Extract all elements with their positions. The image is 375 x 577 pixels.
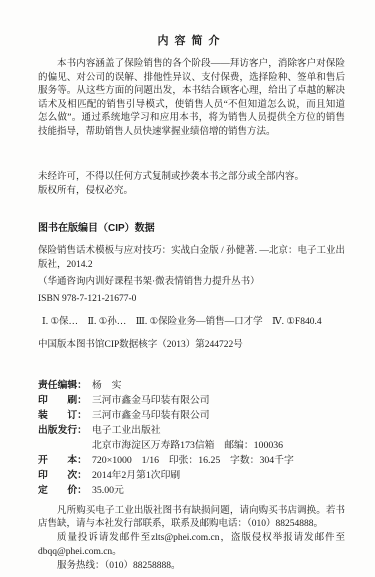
- hotline-note: 服务热线：（010）88258888。: [38, 560, 345, 574]
- pub-row-value: 电子工业出版社: [92, 425, 161, 436]
- pub-row-binder: 装 订：三河市鑫金马印装有限公司: [38, 408, 345, 423]
- pub-row-impression: 印 次：2014年2月第1次印刷: [38, 468, 345, 483]
- pub-row-value: 35.00元: [92, 485, 124, 496]
- copyright-line-2: 版权所有，侵权必究。: [38, 184, 345, 198]
- pub-row-label: 印 刷：: [38, 393, 92, 408]
- pub-row-value: 720×1000 1/16 印张：16.25 字数：304千字: [92, 455, 294, 466]
- exchange-note: 凡所购买电子工业出版社图书有缺损问题，请向购买书店调换。若书店售缺，请与本社发行…: [38, 505, 345, 533]
- cip-isbn: ISBN 978-7-121-21677-0: [38, 293, 345, 307]
- pub-row-label: 出版发行：: [38, 423, 92, 438]
- cip-entry: 保险销售话术模板与应对技巧：实战白金版 / 孙健著. —北京：电子工业出版社，2…: [38, 244, 345, 272]
- pub-row-editor: 责任编辑：杨 实: [38, 378, 345, 393]
- pub-row-price: 定 价：35.00元: [38, 483, 345, 498]
- pub-row-label: 装 订：: [38, 408, 92, 423]
- cip-heading: 图书在版编目（CIP）数据: [38, 219, 345, 234]
- copyright-line-1: 未经许可，不得以任何方式复制或抄袭本书之部分或全部内容。: [38, 170, 345, 184]
- pub-row-publisher: 出版发行：电子工业出版社: [38, 423, 345, 438]
- pub-row-label: 定 价：: [38, 483, 92, 498]
- publication-info: 责任编辑：杨 实 印 刷：三河市鑫金马印装有限公司 装 订：三河市鑫金马印装有限…: [38, 378, 345, 498]
- pub-row-printer: 印 刷：三河市鑫金马印装有限公司: [38, 393, 345, 408]
- pub-row-value: 三河市鑫金马印装有限公司: [92, 395, 210, 406]
- pub-row-address: 北京市海淀区万寿路173信箱 邮编：100036: [38, 438, 345, 453]
- copyright-notice: 未经许可，不得以任何方式复制或抄袭本书之部分或全部内容。 版权所有，侵权必究。: [38, 170, 345, 198]
- pub-row-value: 2014年2月第1次印刷: [92, 470, 180, 481]
- pub-row-label: 印 次：: [38, 468, 92, 483]
- service-notes: 凡所购买电子工业出版社图书有缺损问题，请向购买书店调换。若书店售缺，请与本社发行…: [38, 505, 345, 574]
- cip-series: （华通咨询内训好课程书架·微表情销售力提升丛书）: [38, 276, 345, 290]
- pub-row-format: 开 本：720×1000 1/16 印张：16.25 字数：304千字: [38, 453, 345, 468]
- pub-row-label: 开 本：: [38, 453, 92, 468]
- pub-row-value: 杨 实: [92, 380, 121, 391]
- cip-classification: Ⅰ. ①保… Ⅱ. ①孙… Ⅲ. ①保险业务—销售—口才学 Ⅳ. ①F840.4: [38, 316, 345, 330]
- intro-title: 内容简介: [38, 32, 345, 48]
- book-colophon-page: 内容简介 本书内容涵盖了保险销售的各个阶段——拜访客户，消除客户对保险的偏见、对…: [0, 0, 375, 577]
- cip-registry: 中国版本图书馆CIP数据核字（2013）第244722号: [38, 339, 345, 353]
- pub-row-value: 三河市鑫金马印装有限公司: [92, 410, 210, 421]
- pub-row-label: 责任编辑：: [38, 378, 92, 393]
- quality-note: 质量投诉请发邮件至zlts@phei.com.cn，盗版侵权举报请发邮件至dbq…: [38, 532, 345, 560]
- pub-row-value: 北京市海淀区万寿路173信箱 邮编：100036: [92, 440, 283, 451]
- intro-paragraph: 本书内容涵盖了保险销售的各个阶段——拜访客户，消除客户对保险的偏见、对公司的误解…: [38, 58, 345, 140]
